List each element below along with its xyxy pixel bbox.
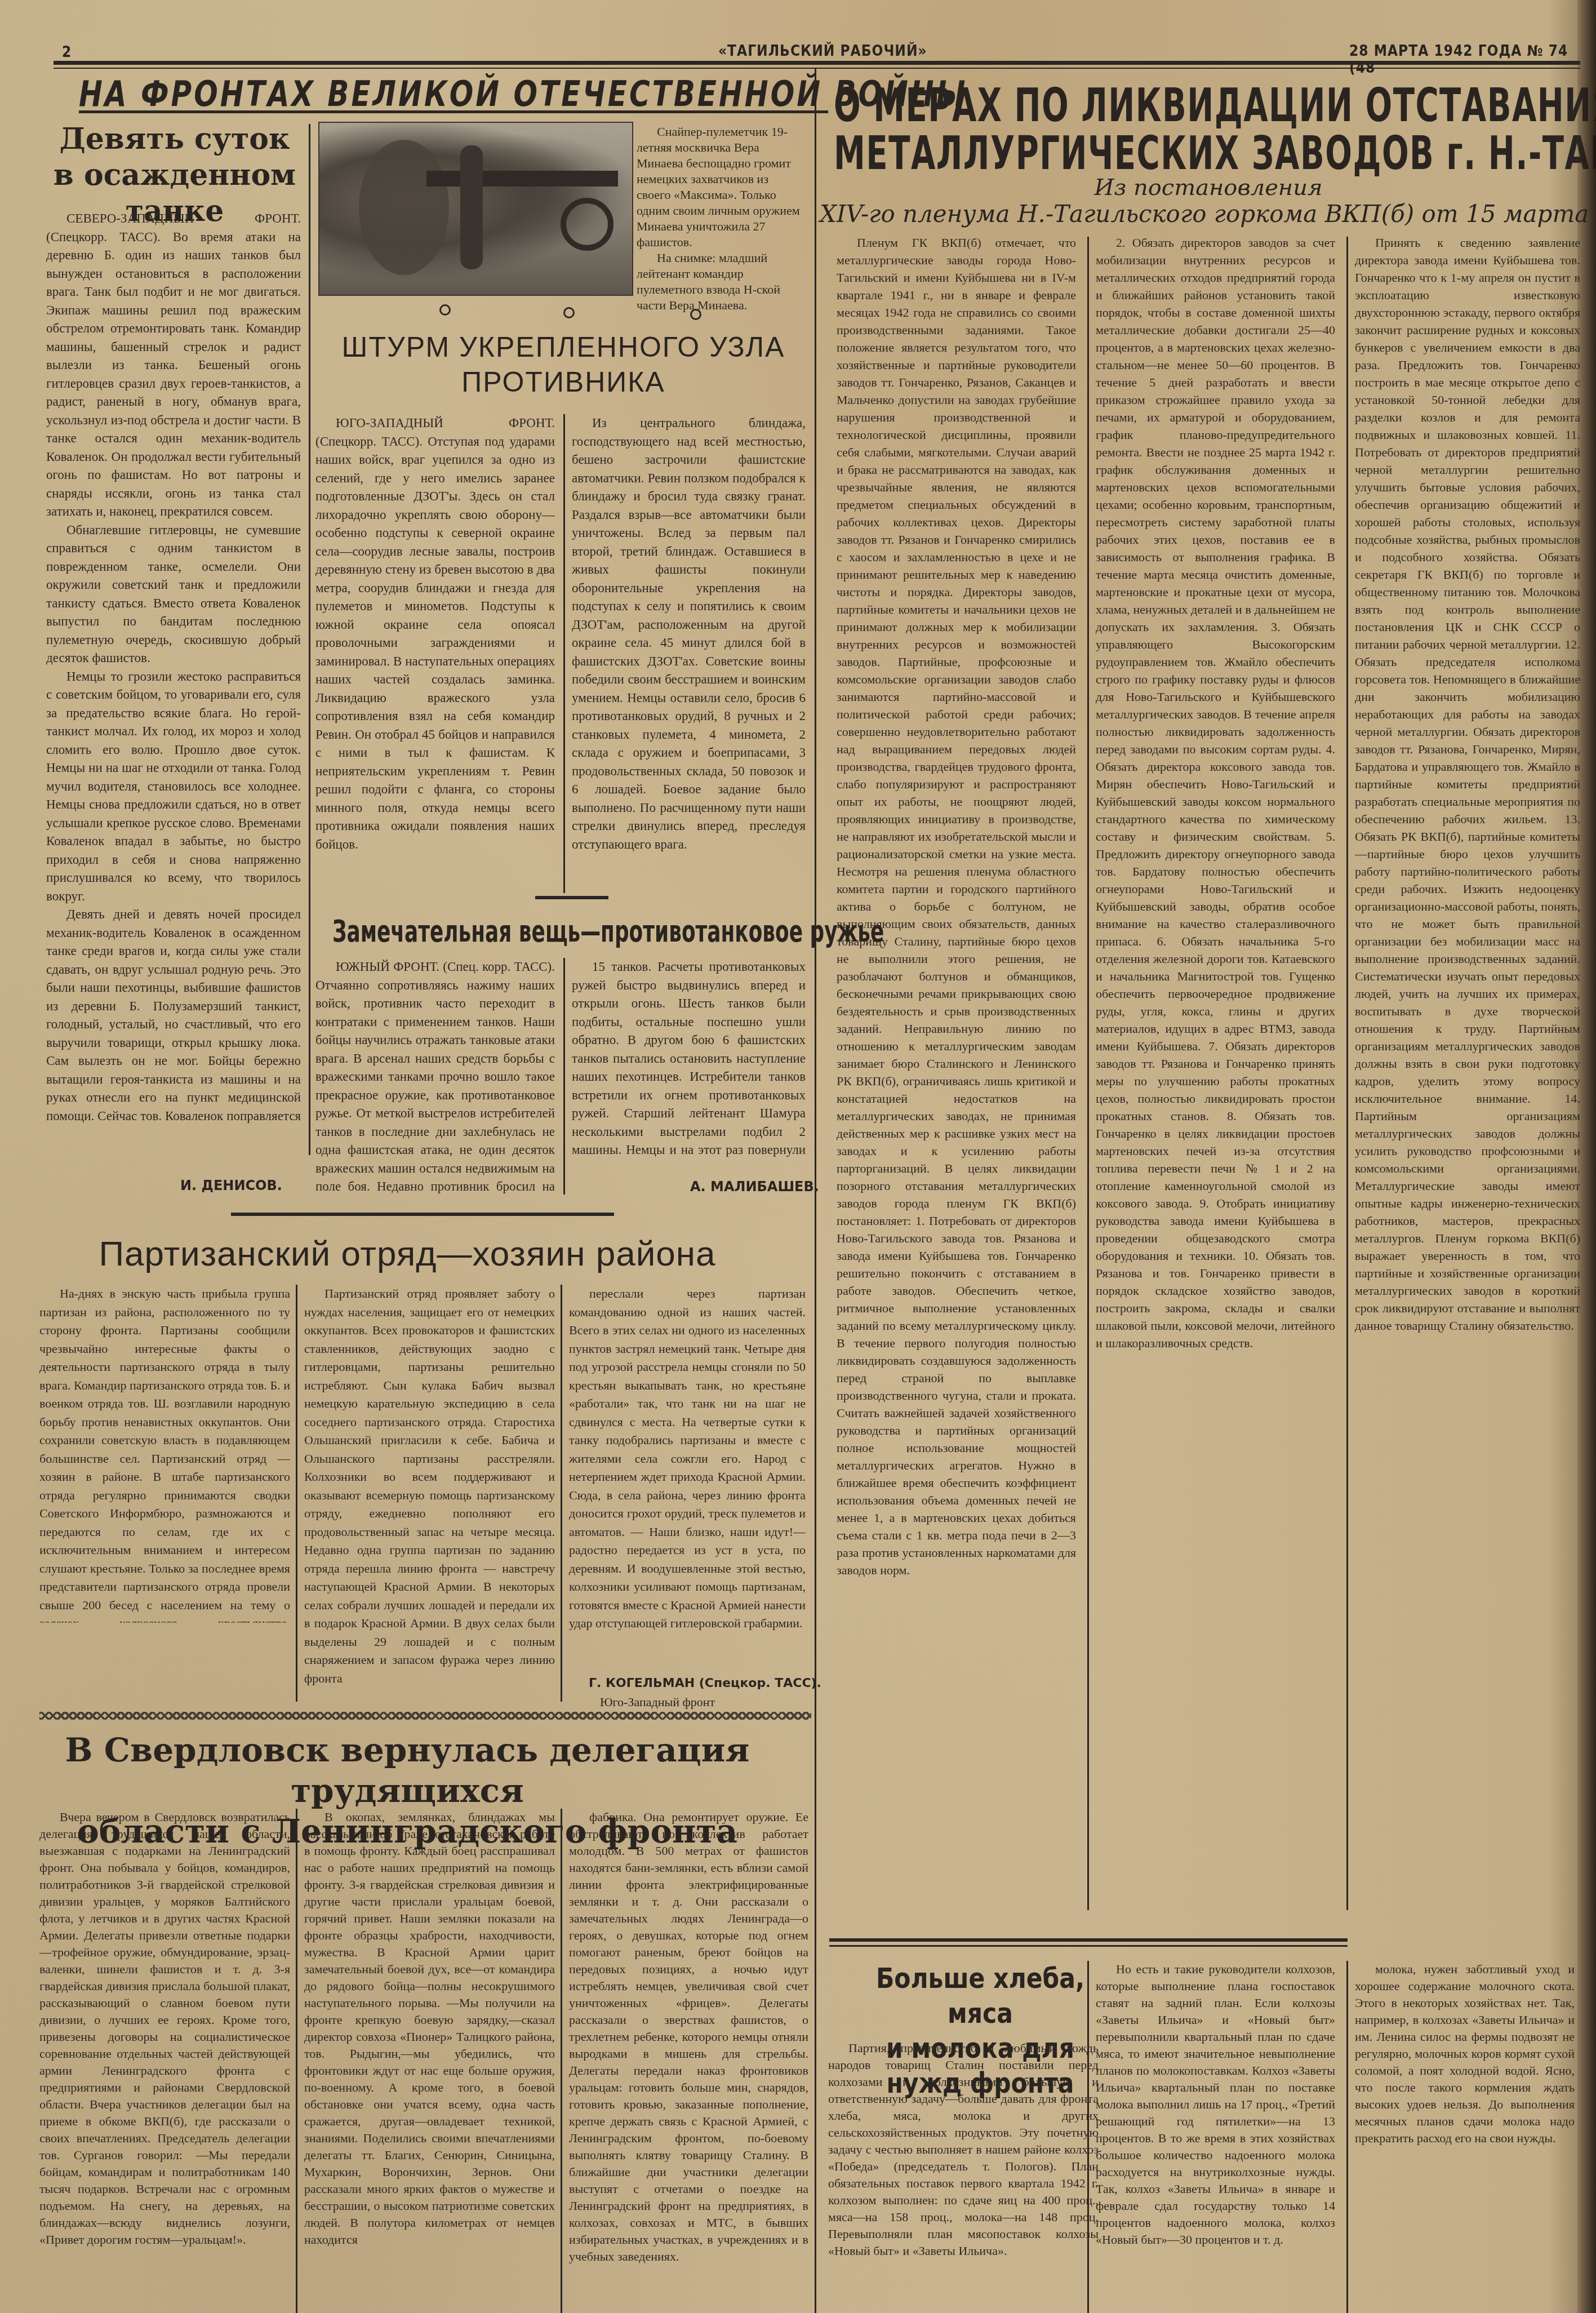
column-divider (309, 124, 310, 1155)
column-divider (563, 414, 565, 893)
section-separator (231, 1213, 614, 1216)
assault-article-col-2: Из центрального блиндажа, господствующег… (572, 414, 806, 899)
metallurgy-headline-line-2: МЕТАЛЛУРГИЧЕСКИХ ЗАВОДОВ г. Н.-ТАГИЛА (834, 127, 1596, 180)
paragraph: Вчера вечером в Свердловск возвратилась … (39, 1809, 290, 2248)
section-separator (535, 896, 608, 899)
metallurgy-headline-line-1: О МЕРАХ ПО ЛИКВИДАЦИИ ОТСТАВАНИЯ (834, 79, 1596, 132)
partisan-article-col-1: На-днях в энскую часть прибыла группа па… (39, 1285, 290, 1623)
paragraph: В окопах, землянках, блиндажах мы расска… (304, 1809, 555, 2248)
column-divider (1087, 1961, 1089, 2313)
paragraph: Партизанский отряд проявляет заботу о ну… (304, 1285, 555, 1688)
section-separator (829, 1938, 1348, 1942)
headline-line: Девять суток (48, 121, 301, 157)
partisan-article-headline: Партизанский отряд—хозяин района (0, 1234, 815, 1274)
agriculture-col-1: Партия, правительство и любимый вождь на… (828, 2040, 1099, 2313)
metallurgy-col-3: Принять к сведению заявление директора з… (1355, 234, 1580, 1935)
column-divider (1087, 237, 1089, 1910)
paragraph: ЮГО-ЗАПАДНЫЙ ФРОНТ. (Спецкорр. ТАСС). От… (315, 414, 555, 854)
page-binding-edge (1577, 0, 1596, 2313)
paragraph: молока, нужен заботливый уход и хорошее … (1355, 1961, 1575, 2147)
caption-text: На снимке: младший лейтенант командир пу… (637, 250, 806, 313)
wavy-separator (39, 1712, 811, 1720)
paragraph: СЕВЕРО-ЗАПАДНЫЙ ФРОНТ. (Спецкорр. ТАСС).… (46, 210, 301, 521)
paragraph: 2. Обязать директоров заводов за счет мо… (1096, 234, 1335, 1352)
tank-article-body: СЕВЕРО-ЗАПАДНЫЙ ФРОНТ. (Спецкорр. ТАСС).… (46, 210, 301, 1128)
antitank-article-headline: Замечательная вещь—противотанковое ружье (332, 914, 884, 949)
photo-caption: Снайпер-пулеметчик 19-летняя москвичка В… (637, 124, 806, 338)
delegation-article-col-1: Вчера вечером в Свердловск возвратилась … (39, 1809, 290, 2313)
paragraph: переслали через партизан командованию од… (569, 1285, 806, 1633)
photo-illustration (319, 123, 632, 295)
antitank-article-author: А. МАЛИБАШЕВ. (690, 1179, 819, 1195)
metallurgy-col-1: Пленум ГК ВКП(б) отмечает, что металлург… (837, 234, 1076, 1919)
tank-article-author: И. ДЕНИСОВ. (180, 1178, 282, 1193)
column-divider (296, 1809, 297, 2313)
page-number: 2 (62, 44, 72, 61)
headline-line: В Свердловск вернулась делегация трудящи… (0, 1730, 815, 1811)
banner-underline (79, 110, 828, 113)
delegation-article-col-2: В окопах, землянках, блиндажах мы расска… (304, 1809, 555, 2313)
column-divider (561, 1809, 562, 2313)
paragraph: Но есть и такие руководители колхозов, к… (1096, 1961, 1335, 2248)
paragraph: ЮЖНЫЙ ФРОНТ. (Спец. корр. ТАСС). Отчаянн… (315, 958, 555, 1195)
partisan-article-author: Г. КОГЕЛЬМАН (Спецкор. ТАСС). (589, 1676, 821, 1690)
ornament-dot (563, 307, 575, 318)
issue-date: 28 МАРТА 1942 ГОДА № 74 (48 (1349, 43, 1596, 77)
partisan-article-col-2: Партизанский отряд проявляет заботу о ну… (304, 1285, 555, 1702)
paragraph: Немцы то грозили жестоко расправиться с … (46, 668, 301, 906)
partisan-article-col-3: переслали через партизан командованию од… (569, 1285, 806, 1657)
caption-text: Снайпер-пулеметчик 19-летняя москвичка В… (637, 124, 806, 250)
column-divider (563, 958, 565, 1195)
agriculture-col-2: Но есть и такие руководители колхозов, к… (1096, 1961, 1335, 2313)
paragraph: Партия, правительство и любимый вождь на… (828, 2040, 1099, 2259)
assault-article-col-1: ЮГО-ЗАПАДНЫЙ ФРОНТ. (Спецкорр. ТАСС). От… (315, 414, 555, 899)
column-divider (296, 1285, 297, 1702)
headline-line: Больше хлеба, мяса (851, 1961, 1110, 2031)
column-divider (561, 1285, 562, 1702)
paragraph: Обнаглевшие гитлеровцы, не сумевшие спра… (46, 521, 301, 668)
masthead-rule-thin (54, 68, 1580, 69)
ornament-dot (439, 304, 451, 316)
delegation-article-col-3: фабрика. Она ремонтирует оружие. Ее обст… (569, 1809, 808, 2313)
paragraph: Пленум ГК ВКП(б) отмечает, что металлург… (837, 234, 1076, 1579)
paragraph: 15 танков. Расчеты противотанковых ружей… (572, 958, 806, 1161)
metallurgy-subtitle-2: XIV-го пленума Н.-Тагильского горкома ВК… (820, 200, 1589, 228)
machine-gunner-photo (318, 122, 633, 296)
newspaper-name: «ТАГИЛЬСКИЙ РАБОЧИЙ» (718, 43, 927, 60)
column-divider (1346, 1961, 1348, 2313)
paragraph: фабрика. Она ремонтирует оружие. Ее обст… (569, 1809, 808, 2265)
headline-line: ПРОТИВНИКА (321, 365, 806, 399)
metallurgy-col-2: 2. Обязать директоров заводов за счет мо… (1096, 234, 1335, 1919)
column-divider (1346, 237, 1348, 1910)
agriculture-col-3: молока, нужен заботливый уход и хорошее … (1355, 1961, 1575, 2313)
metallurgy-subtitle-1: Из постановления (823, 175, 1594, 201)
ornament-dot (690, 309, 701, 320)
paragraph: Девять дней и девять ночей просидел меха… (46, 905, 301, 1128)
masthead-rule (54, 61, 1580, 65)
antitank-article-col-1: ЮЖНЫЙ ФРОНТ. (Спец. корр. ТАСС). Отчаянн… (315, 958, 555, 1195)
section-separator-thin (829, 1945, 1348, 1947)
assault-article-headline: ШТУРМ УКРЕПЛЕННОГО УЗЛА ПРОТИВНИКА (321, 330, 806, 399)
paragraph: Принять к сведению заявление директора з… (1355, 234, 1580, 1334)
paragraph: Из центрального блиндажа, господствующег… (572, 414, 806, 854)
headline-line: ШТУРМ УКРЕПЛЕННОГО УЗЛА (321, 330, 806, 365)
antitank-article-col-2: 15 танков. Расчеты противотанковых ружей… (572, 958, 806, 1161)
partisan-article-dateline: Юго-Западный фронт (600, 1695, 715, 1710)
paragraph: На-днях в энскую часть прибыла группа па… (39, 1285, 290, 1623)
